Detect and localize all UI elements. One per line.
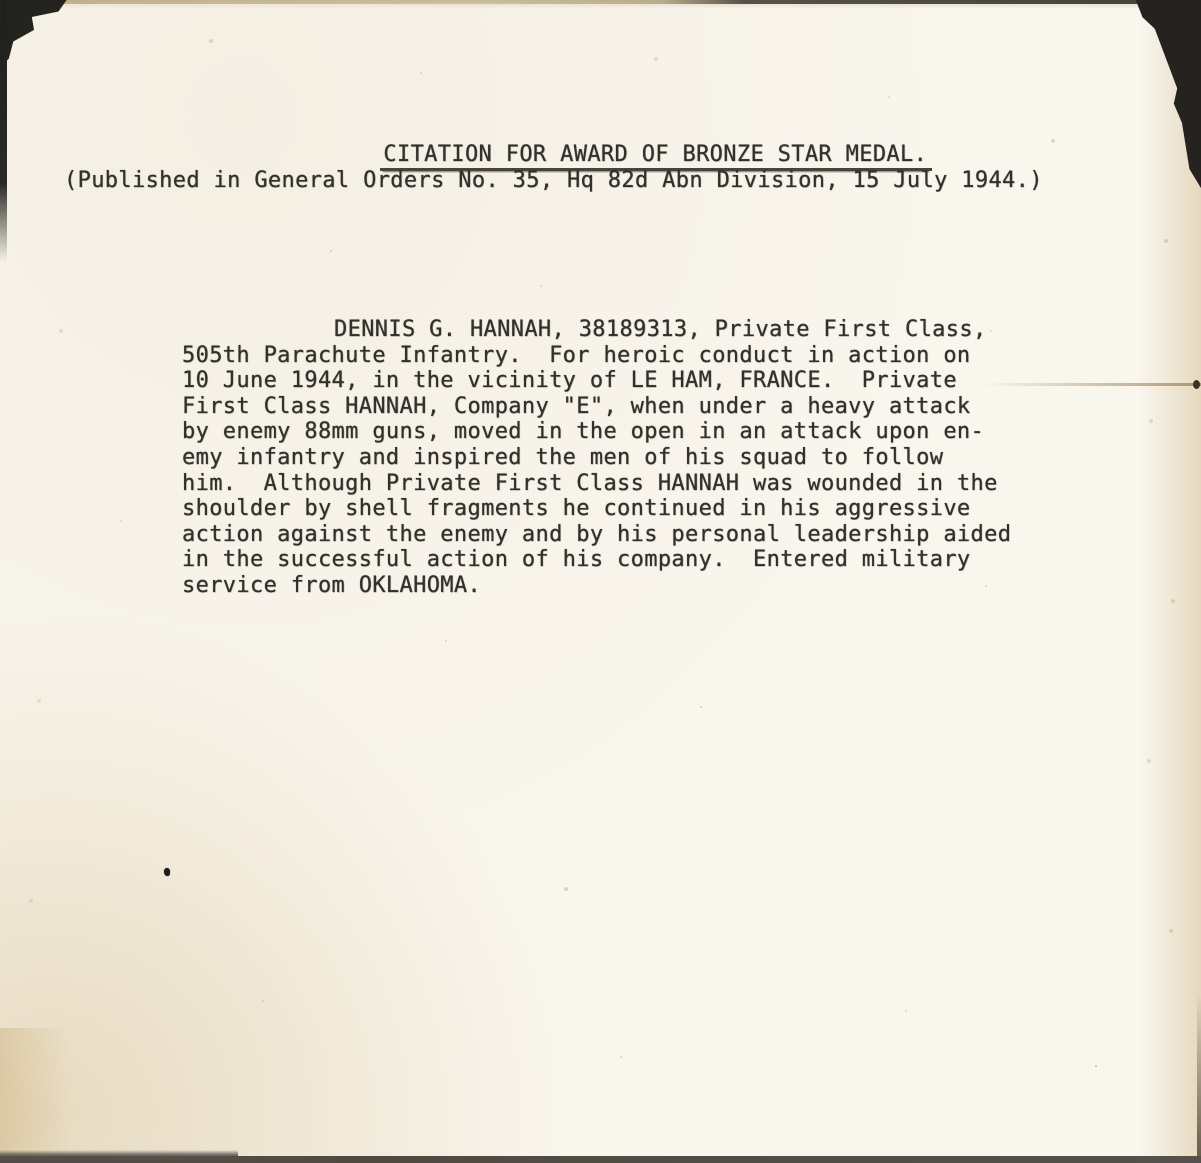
fold-crease-dot <box>1193 380 1200 389</box>
ink-speck <box>164 868 170 876</box>
scan-left-edge-strip <box>0 0 7 262</box>
citation-title-text: CITATION FOR AWARD OF BRONZE STAR MEDAL. <box>380 142 932 172</box>
paper-speckles <box>0 0 2 2</box>
published-in-general-orders-line: (Published in General Orders No. 35, Hq … <box>64 168 1043 194</box>
scan-bottom-band-left <box>0 1150 238 1163</box>
photo-corner-top-left <box>0 0 74 68</box>
document-scan: CITATION FOR AWARD OF BRONZE STAR MEDAL.… <box>0 0 1201 1163</box>
scan-bottom-left-stain <box>0 1028 70 1158</box>
photo-corner-top-right <box>1133 0 1201 192</box>
citation-body: DENNIS G. HANNAH, 38189313, Private Firs… <box>182 317 1112 599</box>
scan-top-edge <box>0 0 1201 4</box>
scan-right-edge-line <box>1197 993 1201 1163</box>
